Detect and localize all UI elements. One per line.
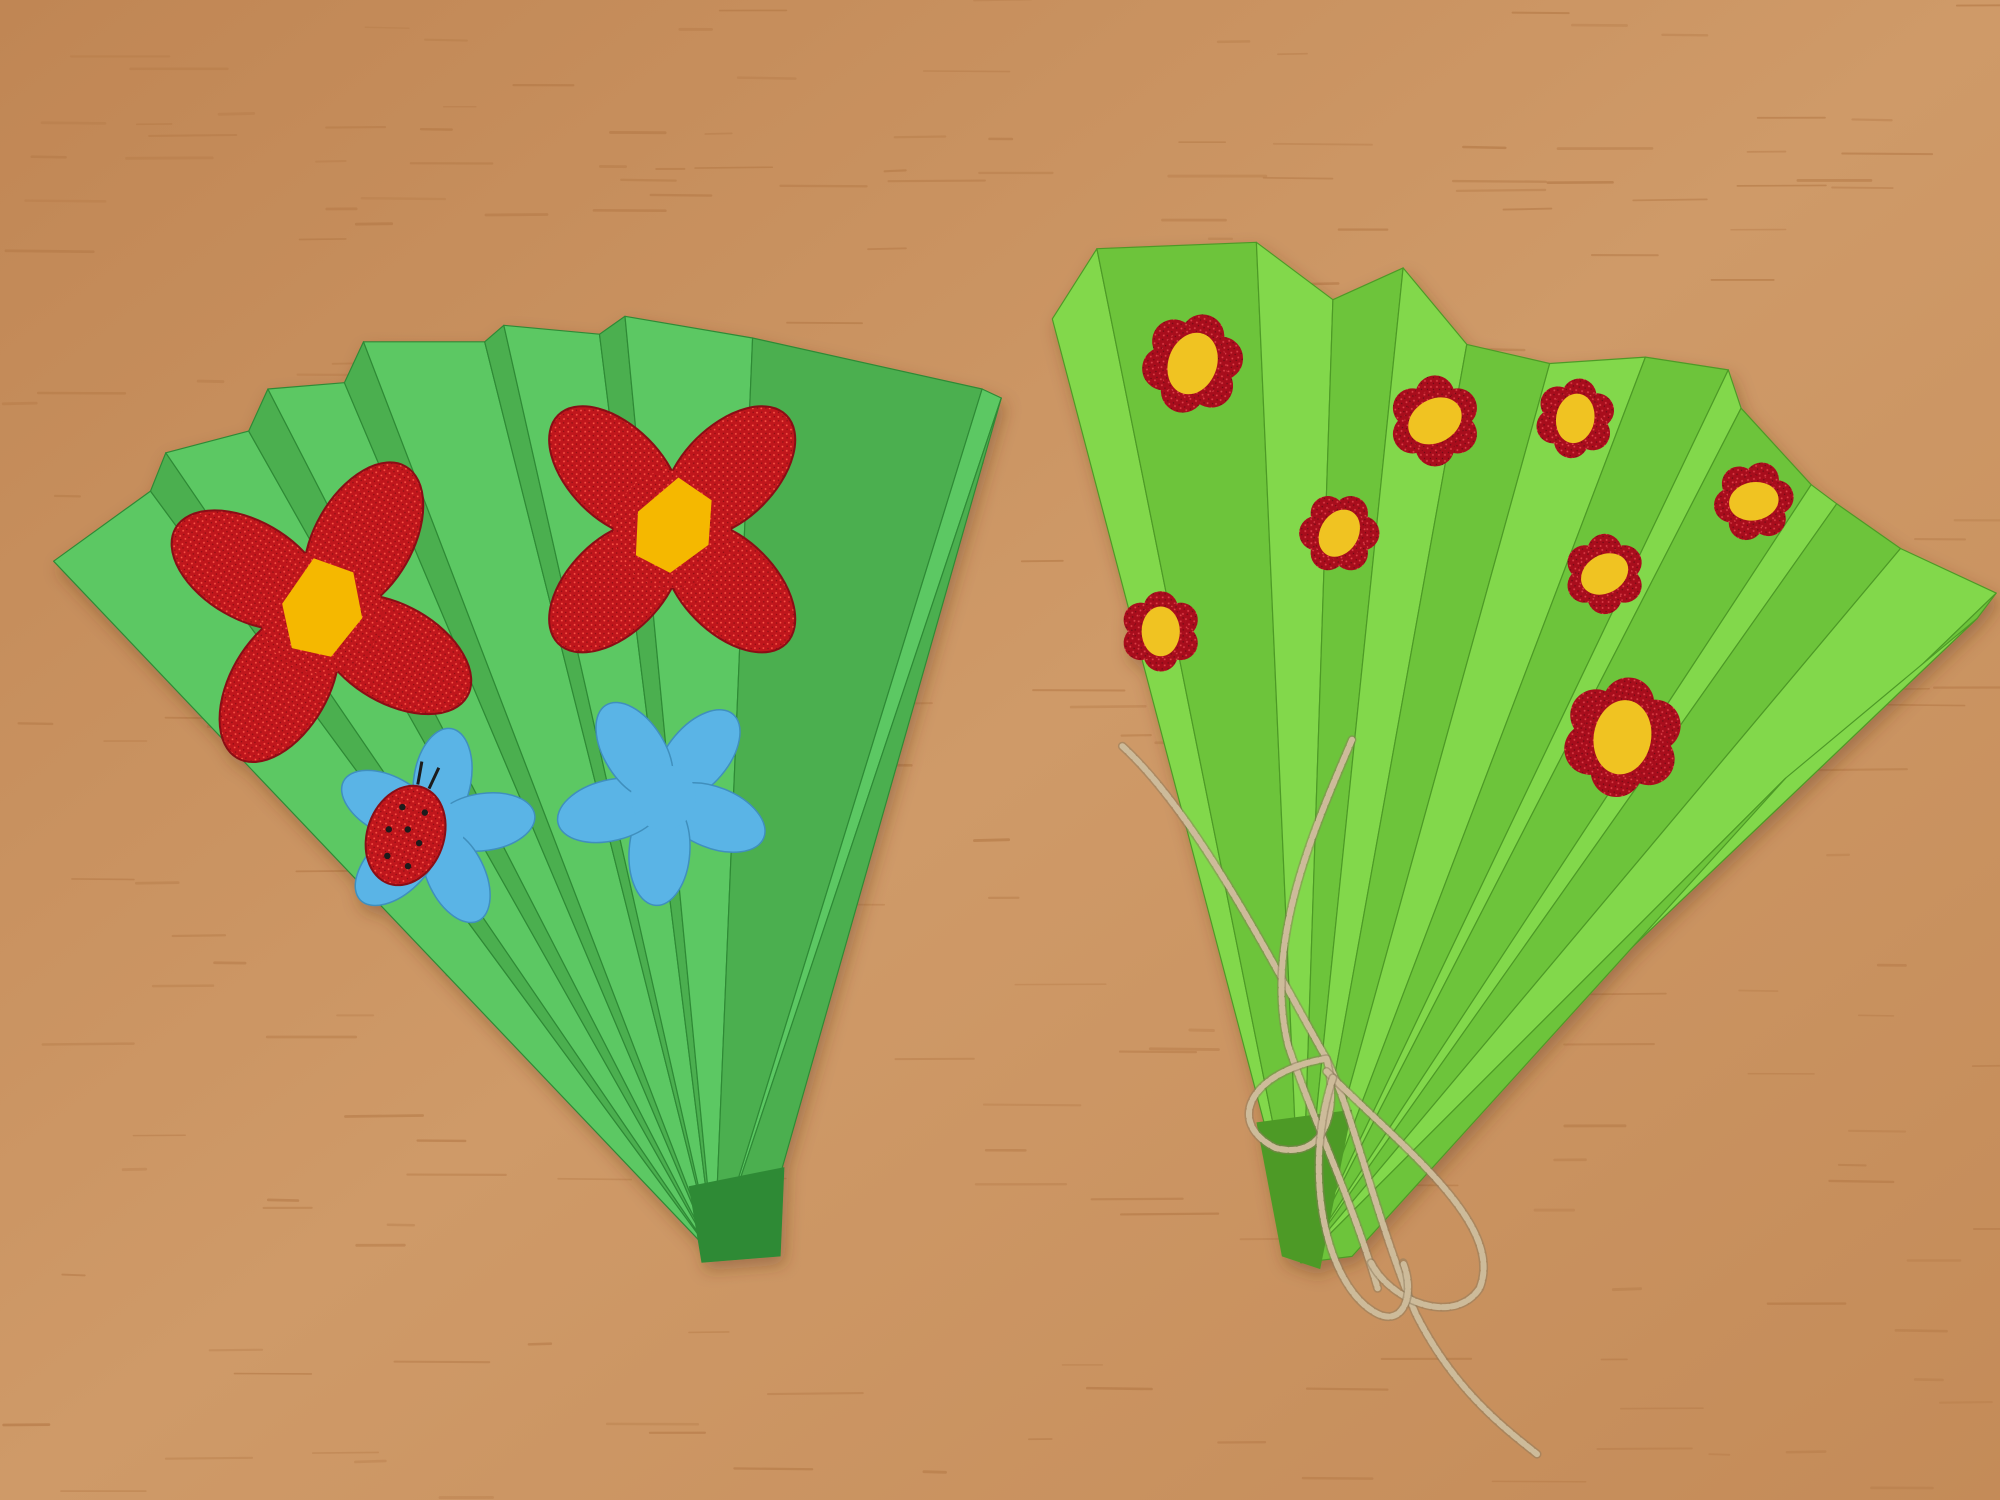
photo-scene (0, 0, 2000, 1500)
